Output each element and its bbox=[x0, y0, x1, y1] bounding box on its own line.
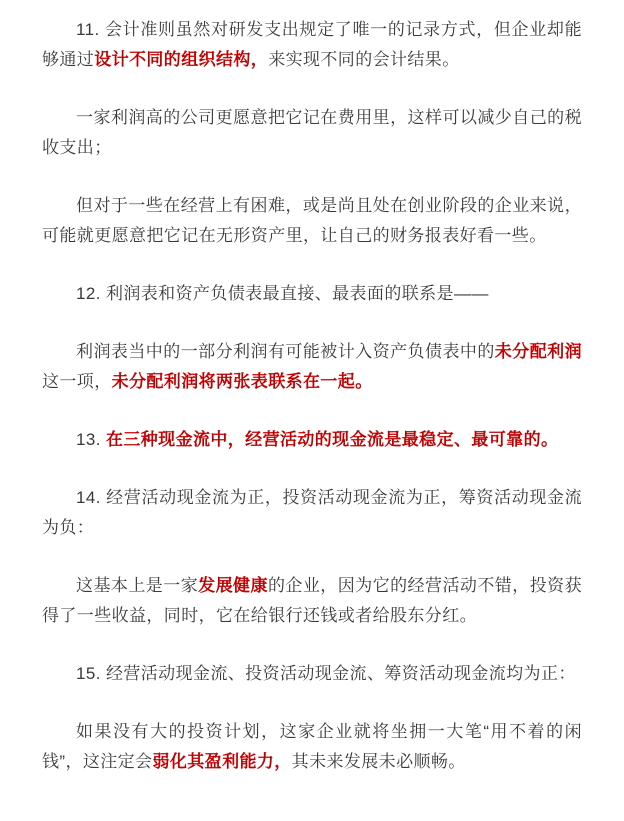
text-run: 这基本上是一家 bbox=[76, 576, 198, 595]
text-run: 15. 经营活动现金流、投资活动现金流、筹资活动现金流均为正： bbox=[76, 664, 576, 683]
paragraph: 如果没有大的投资计划，这家企业就将坐拥一大笔“用不着的闲钱”，这注定会弱化其盈利… bbox=[42, 717, 582, 777]
text-run: 一家利润高的公司更愿意把它记在费用里，这样可以减少自己的税收支出； bbox=[42, 108, 582, 157]
text-run: 这一项， bbox=[42, 372, 112, 391]
document-body: 11. 会计准则虽然对研发支出规定了唯一的记录方式，但企业却能够通过设计不同的组… bbox=[42, 15, 582, 777]
paragraph: 15. 经营活动现金流、投资活动现金流、筹资活动现金流均为正： bbox=[42, 659, 582, 689]
paragraph: 一家利润高的公司更愿意把它记在费用里，这样可以减少自己的税收支出； bbox=[42, 103, 582, 163]
paragraph: 13. 在三种现金流中，经营活动的现金流是最稳定、最可靠的。 bbox=[42, 425, 582, 455]
highlighted-text-run: 在三种现金流中，经营活动的现金流是最稳定、最可靠的。 bbox=[106, 430, 558, 449]
text-run: 13. bbox=[76, 430, 106, 449]
paragraph: 但对于一些在经营上有困难，或是尚且处在创业阶段的企业来说，可能就更愿意把它记在无… bbox=[42, 191, 582, 251]
text-run: 其未来发展未必顺畅。 bbox=[292, 752, 466, 771]
text-run: 14. 经营活动现金流为正，投资活动现金流为正，筹资活动现金流为负： bbox=[42, 488, 582, 537]
paragraph: 12. 利润表和资产负债表最直接、最表面的联系是—— bbox=[42, 279, 582, 309]
paragraph: 利润表当中的一部分利润有可能被计入资产负债表中的未分配利润这一项，未分配利润将两… bbox=[42, 337, 582, 397]
highlighted-text-run: 设计不同的组织结构， bbox=[94, 50, 268, 69]
highlighted-text-run: 弱化其盈利能力， bbox=[152, 752, 291, 771]
text-run: 但对于一些在经营上有困难，或是尚且处在创业阶段的企业来说，可能就更愿意把它记在无… bbox=[42, 196, 582, 245]
document-page: 11. 会计准则虽然对研发支出规定了唯一的记录方式，但企业却能够通过设计不同的组… bbox=[0, 0, 624, 821]
highlighted-text-run: 未分配利润将两张表联系在一起。 bbox=[112, 372, 373, 391]
text-run: 12. 利润表和资产负债表最直接、最表面的联系是—— bbox=[76, 284, 489, 303]
paragraph: 14. 经营活动现金流为正，投资活动现金流为正，筹资活动现金流为负： bbox=[42, 483, 582, 543]
paragraph: 11. 会计准则虽然对研发支出规定了唯一的记录方式，但企业却能够通过设计不同的组… bbox=[42, 15, 582, 75]
highlighted-text-run: 未分配利润 bbox=[495, 342, 582, 361]
highlighted-text-run: 发展健康 bbox=[198, 576, 268, 595]
text-run: 利润表当中的一部分利润有可能被计入资产负债表中的 bbox=[76, 342, 495, 361]
text-run: 来实现不同的会计结果。 bbox=[268, 50, 459, 69]
paragraph: 这基本上是一家发展健康的企业，因为它的经营活动不错，投资获得了一些收益，同时，它… bbox=[42, 571, 582, 631]
